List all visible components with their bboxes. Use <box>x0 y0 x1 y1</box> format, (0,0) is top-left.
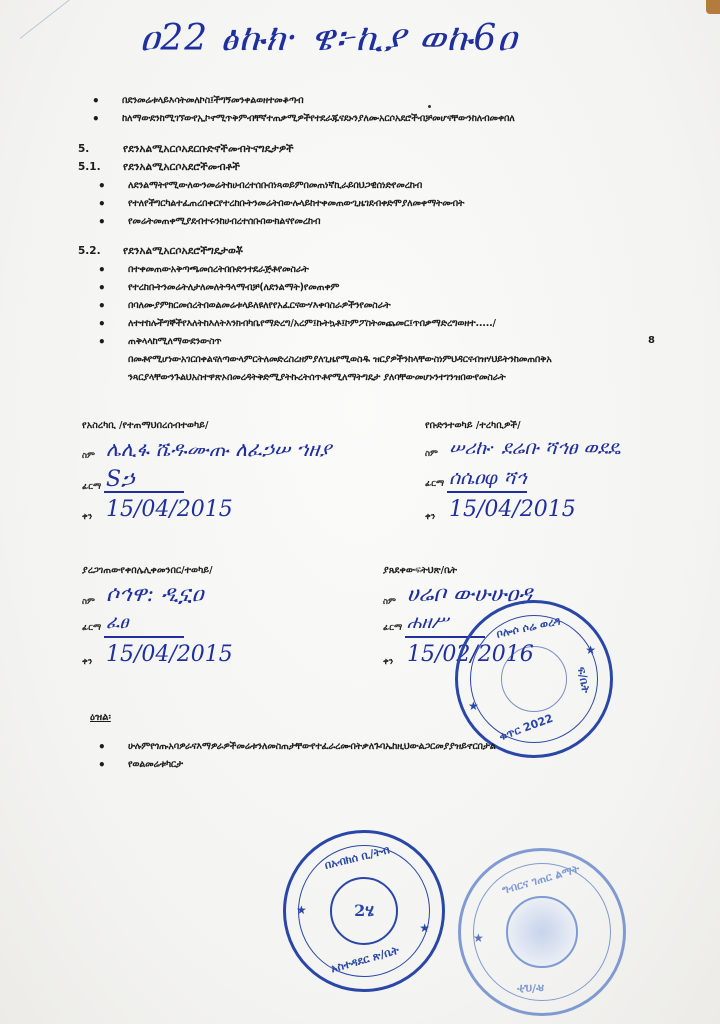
signature-label: ፊርማ <box>82 623 106 633</box>
date-label: ቀን <box>383 657 407 667</box>
list-item: የወልመሬቱካርታ <box>98 756 496 774</box>
date-label: ቀን <box>82 657 106 667</box>
handwritten-signature: Sኃ <box>106 467 134 492</box>
intro-bullet-list: በደንመሬቱላይእሳትመለኮስ፤ችግኝመንቀልወዘተመቆጣብ ከለማውደንከሚገ… <box>92 92 515 128</box>
name-label: ስም <box>82 597 106 607</box>
section-number: 5.1. <box>78 161 123 173</box>
duties-continuation: በመቶየሚሆነውአገርበቀልናለጣውላምርትለመድረስረዘምያለጊዜየሚወስዱ … <box>98 351 552 387</box>
list-item: በባለሙያምክርመሰረትበወልመሬቱላይለዩለየየአፈርናውሃእቀባስራዎችንየ… <box>98 297 496 315</box>
section-title: የደንአልሚአርሶአደሮችመብቶች <box>123 161 240 173</box>
star-icon: ★ <box>296 903 307 917</box>
date-label: ቀን <box>82 512 106 522</box>
handwritten-title: ዐ22 ፅኩክ· ዌ፦ኪያ ወኩ6ዐ <box>140 18 518 60</box>
signature-label: ፊርማ <box>425 479 449 489</box>
date-row: ቀን15/04/2015 <box>82 642 382 672</box>
signature-role: የአስረካቢ /የተጠማህበረሰብተወካይ/ <box>82 420 382 431</box>
section-number: 5. <box>78 143 123 155</box>
signature-block-kebele-chair: ያረጋገጠውየቀበሌሊቀመንበር/ተወካይ/ ስምሶኅዋ: ዲኗዐ ፊርማፈፀ … <box>82 565 382 672</box>
list-item: በደንመሬቱላይእሳትመለኮስ፤ችግኝመንቀልወዘተመቆጣብ <box>92 92 515 110</box>
page-corner-fold <box>706 0 720 14</box>
section-5-2-heading: 5.2.የደንአልሚአርሶአደሮችግዴታወቾ <box>78 245 243 258</box>
page-marker: 8 <box>648 335 655 346</box>
section-number: 5.2. <box>78 245 123 257</box>
list-item: የተለየችግርካልተፈጠረበቀርየተረከቡትንመሬትበውሉላይከተቀመጠውጊዜገ… <box>98 195 464 213</box>
signature-underline <box>104 491 184 493</box>
signature-block-handover: የአስረካቢ /የተጠማህበረሰብተወካይ/ ስምሌሊፋ ሼዱሙጡ ለፈኃሠ ኀ… <box>82 420 382 527</box>
kebele-stamp: 2ሄ በአብክሰ ቢ/ትብ አስተዳደር ጽ/ቤት ★ ★ <box>283 830 445 992</box>
list-item: የመሬትመጠቀሚያደብተሩንከሀብረተሰቡበውክልናየመረከብ <box>98 213 464 231</box>
list-item: ጠቅላላከሚለማውደንውስጥ <box>98 333 496 351</box>
pen-scratch-mark <box>20 0 115 39</box>
date-label: ቀን <box>425 512 449 522</box>
handwritten-signature: ፈፀ <box>106 612 129 633</box>
notes-title: ዕዝል፡ <box>90 712 111 723</box>
handwritten-date: 15/04/2015 <box>449 497 576 522</box>
signature-block-group-rep: የቡድንተወካይ /ተረካቢዎች/ ስምሠሪኩ· ደሬቡ ሻኅፀ ወደዴ ፊርማ… <box>425 420 720 527</box>
name-row: ስምሠሪኩ· ደሬቡ ሻኅፀ ወደዴ <box>425 437 720 467</box>
date-row: ቀን15/04/2015 <box>425 497 720 527</box>
list-item: ከለማውደንከሚገኘውየኢኮኖሚጥቅምብቸኛተጠቃሚዎችየተደራጁናደኑንያለሙ… <box>92 110 515 128</box>
signature-row: ፊርማፈፀ <box>82 612 382 642</box>
signature-label: ፊርማ <box>82 482 106 492</box>
signature-role: ያጸደቀውፍትህጽ/ቤት <box>383 565 683 576</box>
signature-underline <box>104 636 184 638</box>
signature-row: ፊርማSኃ <box>82 467 382 497</box>
date-row: ቀን15/04/2015 <box>82 497 382 527</box>
handwritten-name: ሠሪኩ· ደሬቡ ሻኅፀ ወደዴ <box>449 437 621 459</box>
name-label: ስም <box>82 451 106 461</box>
name-row: ስምሶኅዋ: ዲኗዐ <box>82 582 382 612</box>
star-icon: ★ <box>585 643 596 657</box>
list-item: የተረከቡትንመሬትለታለመለትዓላማብቻ(ለደንልማት)የመጠቀም <box>98 279 496 297</box>
list-item: ሁሉምየጎጡአባዎራናእማዎራዎችመሬቱንለመስጠታቸውየተፈራረሙበትቃለጉባ… <box>98 738 496 756</box>
signature-role: የቡድንተወካይ /ተረካቢዎች/ <box>425 420 720 431</box>
signature-row: ፊርማሰሴዐφ ሻኅ <box>425 467 720 497</box>
section-title: የደንአልሚአርሶአደሮችግዴታወቾ <box>123 245 243 257</box>
signature-underline <box>447 491 527 493</box>
handwritten-name: ሌሊፋ ሼዱሙጡ ለፈኃሠ ኀዘያ <box>106 437 331 461</box>
paragraph-line: በመቶየሚሆነውአገርበቀልናለጣውላምርትለመድረስረዘምያለጊዜየሚወስዱ … <box>98 351 552 369</box>
handwritten-signature: ሐዘሥ <box>407 612 448 633</box>
handwritten-name: ሶኅዋ: ዲኗዐ <box>106 582 204 607</box>
section-title: የደንአልሚአርሶአደርቡድኖችመብትናግዴታዎች <box>123 143 294 155</box>
court-stamp: ቦሎሶ ሶሬ ወረዳ ፍ/ቤት ቁጥር 2022 ★ ★ <box>455 600 613 758</box>
star-icon: ★ <box>473 931 484 945</box>
section-5-heading: 5.የደንአልሚአርሶአደርቡድኖችመብትናግዴታዎች <box>78 143 294 156</box>
duties-bullet-list: በተቀመጠውአቅጣጫመሰረትበቡድንተደራጅቶየመስራት የተረከቡትንመሬትለ… <box>98 261 496 351</box>
name-label: ስም <box>383 597 407 607</box>
star-icon: ★ <box>468 699 479 713</box>
paragraph-line: ንጻርያላቸውንጉልህአስተዋጽኦበመረዳትቅድሚያትኩረትሰጥቶየሚለማትግዴ… <box>98 369 552 387</box>
section-5-1-heading: 5.1.የደንአልሚአርሶአደሮችመብቶች <box>78 161 240 174</box>
list-item: ለተተከሉችግኞችየእለትከእለትእንክብካቤየማድረግ/አረም፤ኩትኳቶ፤ኮም… <box>98 315 496 333</box>
name-label: ስም <box>425 449 449 459</box>
stamp-rim-text-bottom: ጽ/ቤት <box>517 981 544 995</box>
handwritten-date: 15/04/2015 <box>106 642 233 667</box>
signature-label: ፊርማ <box>383 623 407 633</box>
handwritten-date: 15/04/2015 <box>106 497 233 522</box>
star-icon: ★ <box>419 921 430 935</box>
list-item: ለደንልማትየሚውለውንመሬትከሀብረተሰቡበነጻወይምበመጠነኛኪራይበህጋዊ… <box>98 177 464 195</box>
scanned-document-page: ዐ22 ፅኩክ· ዌ፦ኪያ ወኩ6ዐ በደንመሬቱላይእሳትመለኮስ፤ችግኝመን… <box>0 0 720 1024</box>
list-item: በተቀመጠውአቅጣጫመሰረትበቡድንተደራጅቶየመስራት <box>98 261 496 279</box>
signature-role: ያረጋገጠውየቀበሌሊቀመንበር/ተወካይ/ <box>82 565 382 576</box>
name-row: ስምሌሊፋ ሼዱሙጡ ለፈኃሠ ኀዘያ <box>82 437 382 467</box>
notes-bullet-list: ሁሉምየጎጡአባዎራናእማዎራዎችመሬቱንለመስጠታቸውየተፈራረሙበትቃለጉባ… <box>98 738 496 774</box>
ink-speck <box>428 105 431 108</box>
handwritten-signature: ሰሴዐφ ሻኅ <box>449 467 527 489</box>
office-stamp: ግብርና ገጠር ልማት ጽ/ቤት ★ <box>458 848 626 1016</box>
rights-bullet-list: ለደንልማትየሚውለውንመሬትከሀብረተሰቡበነጻወይምበመጠነኛኪራይበህጋዊ… <box>98 177 464 231</box>
